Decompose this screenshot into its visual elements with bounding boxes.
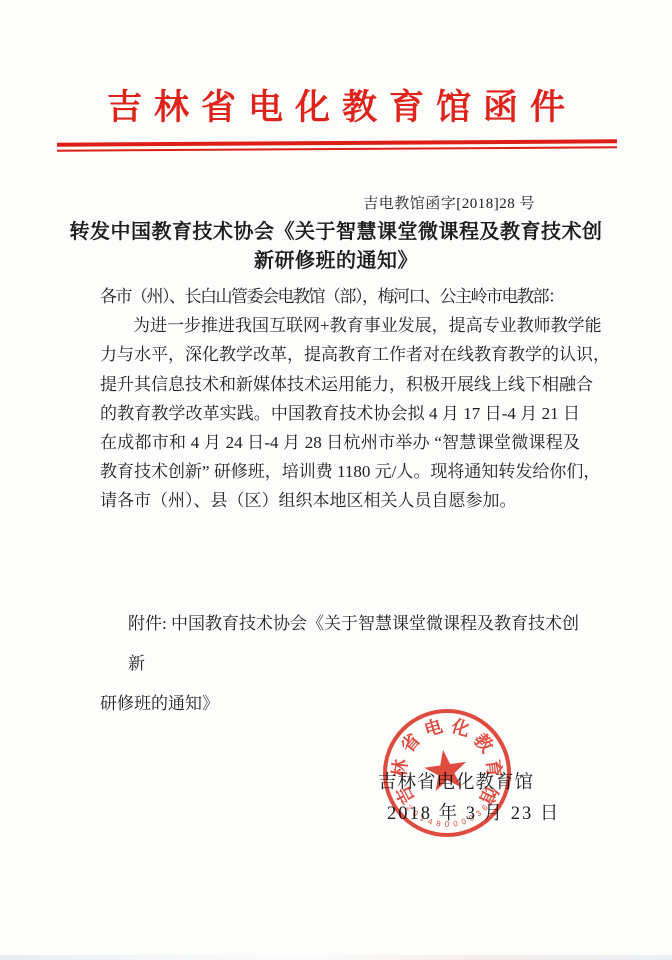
- seal-serial-char: 8: [434, 819, 444, 830]
- body-text: 各市（州）、长白山管委会电教馆（部），梅河口、公主岭市电教部： 为进一步推进我国…: [100, 282, 580, 516]
- seal-ring-char: 林: [388, 757, 412, 779]
- seal-serial-char: 0: [443, 820, 451, 830]
- body-line: 力与水平，深化教学改革，提高教育工作者对在线教育教学的认识，: [100, 340, 580, 369]
- attachment-line-2: 研修班的通知》: [100, 684, 580, 724]
- body-line: 在成都市和 4 月 24 日-4 月 28 日杭州市举办 “智慧课堂微课程及: [100, 428, 580, 457]
- subject-title: 转发中国教育技术协会《关于智慧课堂微课程及教育技术创 新研修班的通知》: [0, 218, 672, 276]
- body-line: 教育技术创新” 研修班，培训费 1180 元/人。现将通知转发给你们，: [100, 457, 580, 486]
- document-number: 吉电教馆函字[2018]28 号: [363, 192, 535, 213]
- scan-edge-artifact: [0, 955, 672, 960]
- scanned-letter-page: 吉林省电化教育馆函件 吉电教馆函字[2018]28 号 转发中国教育技术协会《关…: [0, 0, 672, 960]
- seal-ring-char: 育: [482, 757, 506, 779]
- attachment-reference: 附件: 中国教育技术协会《关于智慧课堂微课程及教育技术创新 研修班的通知》: [100, 604, 580, 724]
- body-line: 的教育教学改革实践。中国教育技术协会拟 4 月 17 日-4 月 21 日: [100, 399, 580, 428]
- subject-line-2: 新研修班的通知》: [0, 247, 672, 276]
- letterhead-double-rule: [57, 139, 617, 151]
- subject-line-1: 转发中国教育技术协会《关于智慧课堂微课程及教育技术创: [0, 218, 672, 247]
- rule-thick-line: [57, 139, 617, 146]
- official-seal: ★ 吉林省电化教育馆 2201480000363: [383, 709, 511, 837]
- body-line: 提升其信息技术和新媒体技术运用能力，积极开展线上线下相融合: [100, 370, 580, 399]
- salutation-line: 各市（州）、长白山管委会电教馆（部），梅河口、公主岭市电教部：: [100, 282, 580, 311]
- attachment-line-1: 附件: 中国教育技术协会《关于智慧课堂微课程及教育技术创新: [100, 604, 580, 684]
- body-line: 为进一步推进我国互联网+教育事业发展，提高专业教师教学能: [100, 311, 580, 340]
- seal-star-icon: ★: [418, 740, 474, 801]
- letterhead-title: 吉林省电化教育馆函件: [0, 80, 672, 130]
- body-line: 请各市（州）、县（区）组织本地区相关人员自愿参加。: [100, 486, 580, 515]
- rule-thin-line: [57, 146, 617, 151]
